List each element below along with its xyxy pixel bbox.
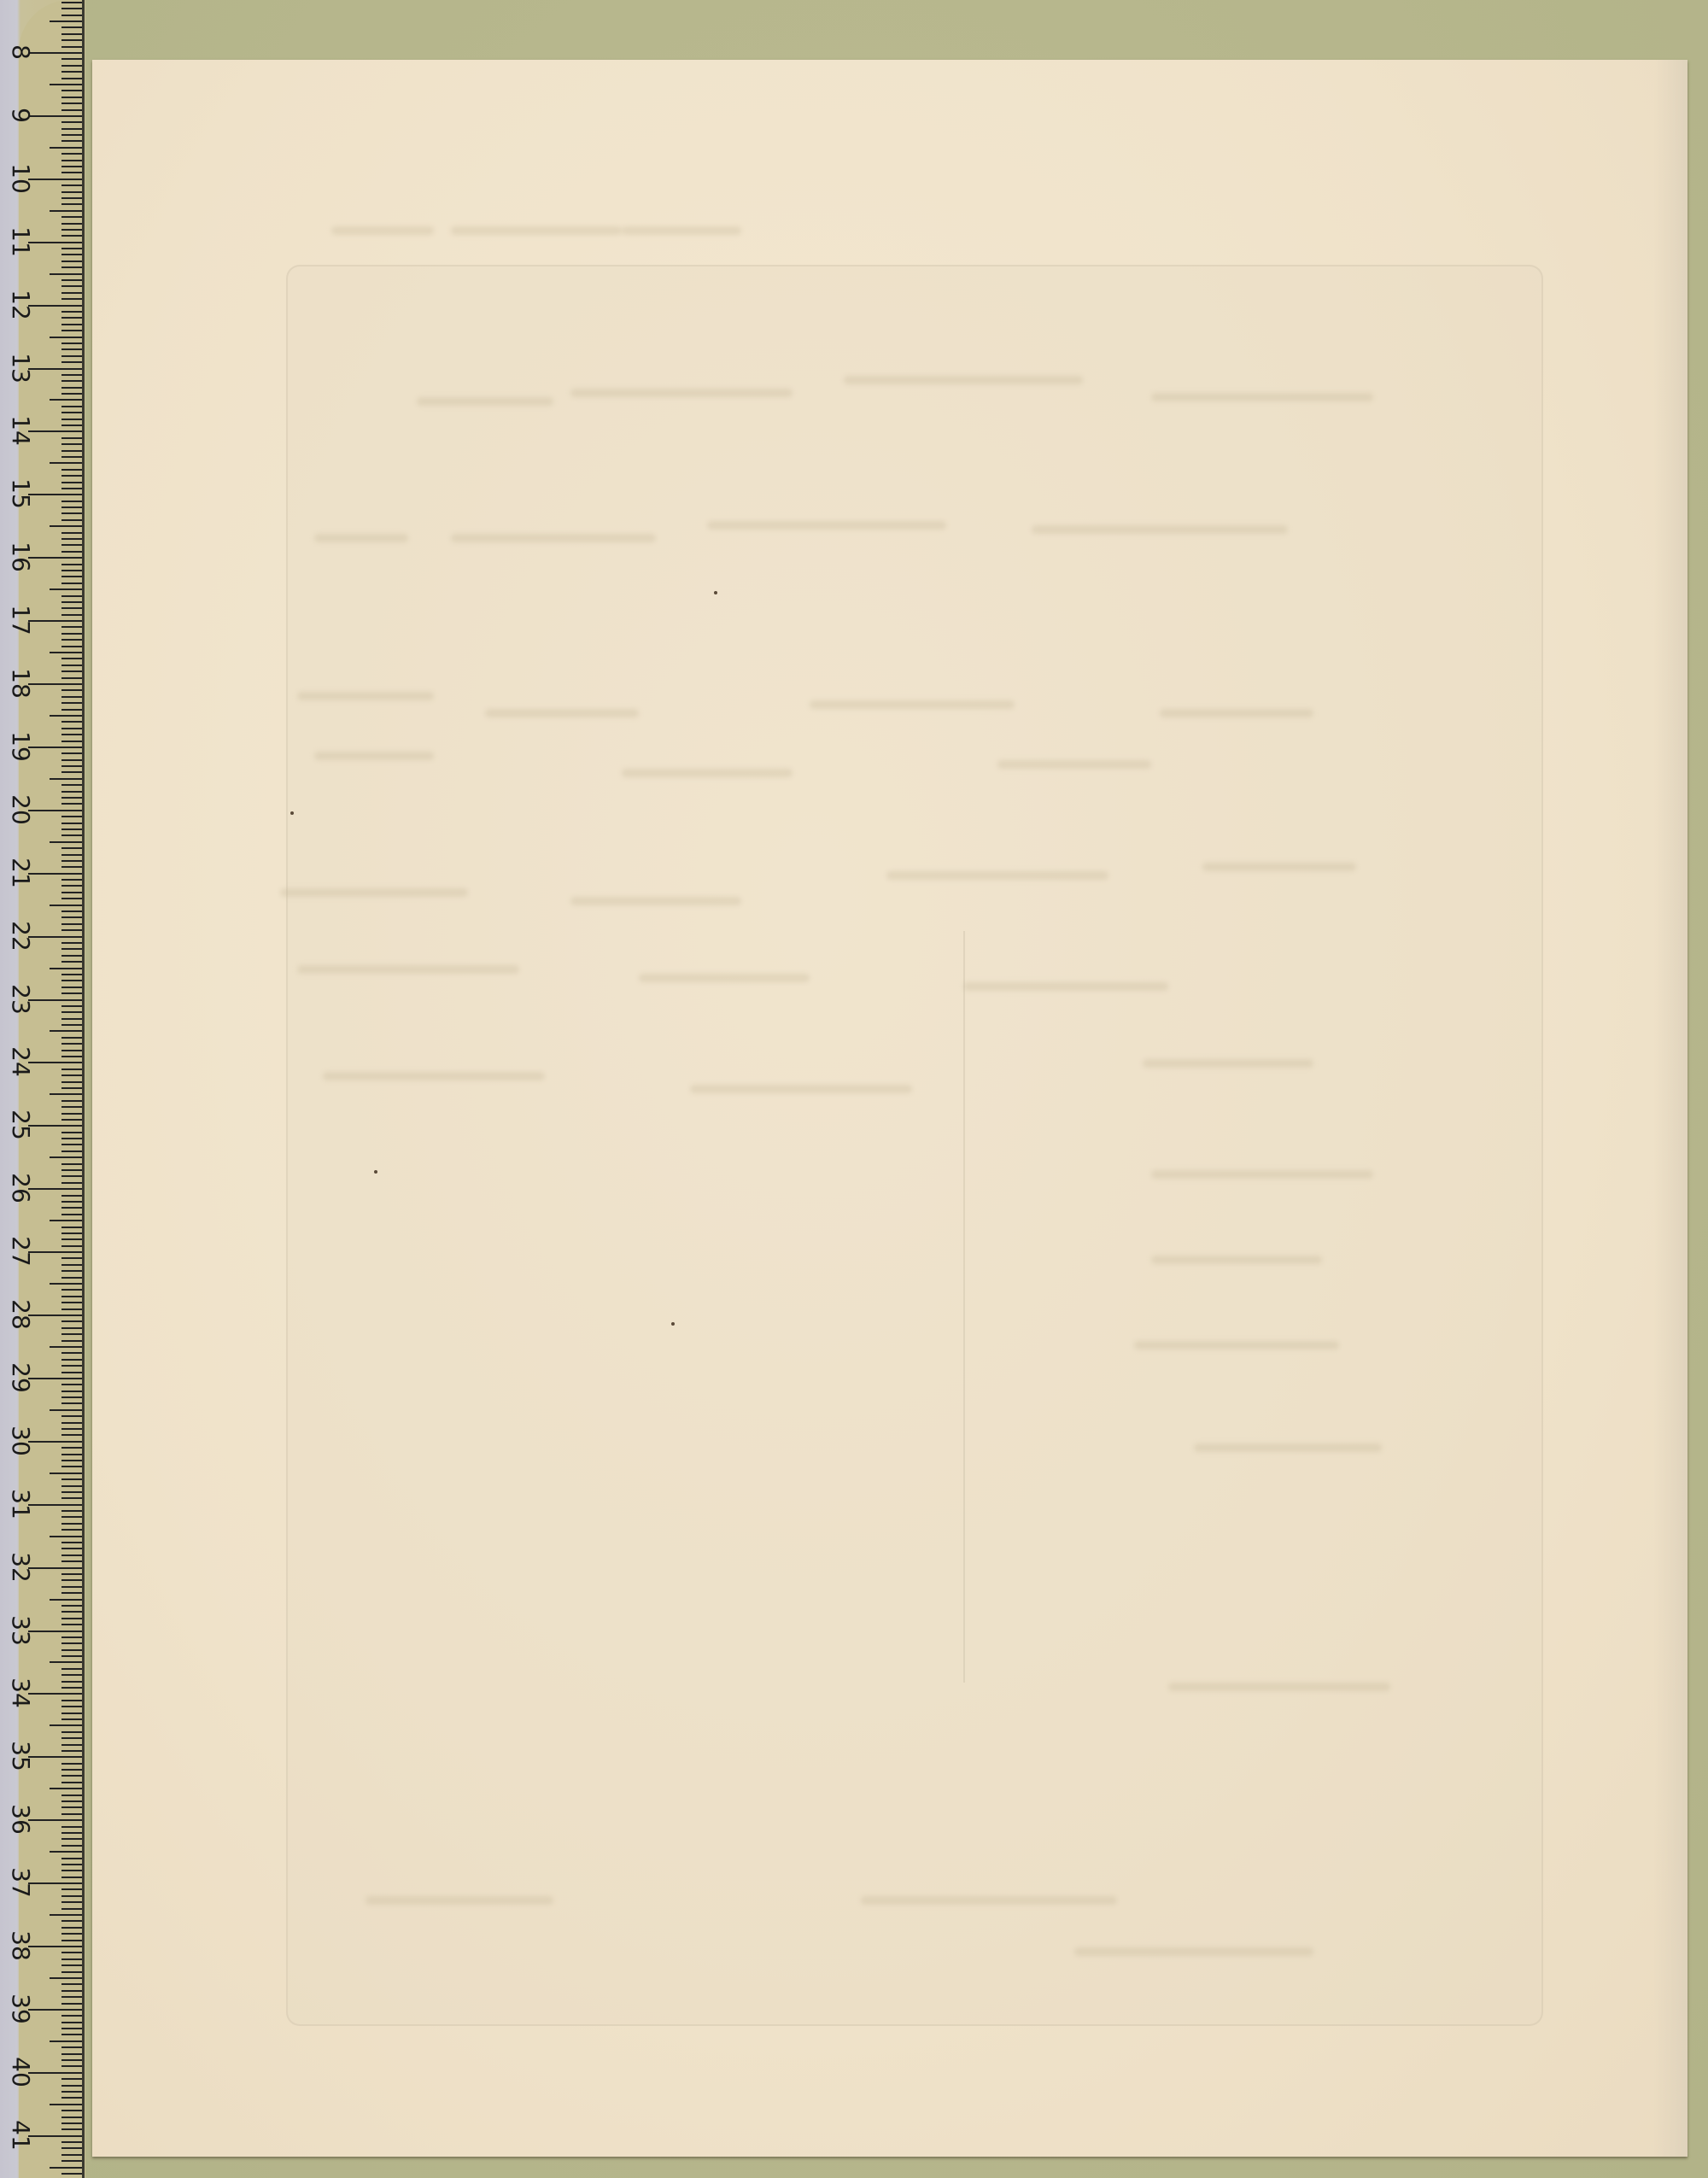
ruler-tick: [50, 1220, 82, 1221]
ruler-tick: [61, 823, 82, 824]
ruler-tick: [61, 482, 82, 483]
ruler-tick: [61, 1087, 82, 1089]
ruler-tick: [61, 709, 82, 711]
ruler-tick: [61, 1327, 82, 1329]
ruler-tick: [61, 475, 82, 477]
bleed-through-line: [997, 760, 1151, 769]
ruler-tick: [61, 564, 82, 565]
ruler-tick: [61, 380, 82, 382]
ruler-tick: [61, 2078, 82, 2080]
bleed-through-line: [622, 226, 741, 235]
ruler-tick: [61, 1996, 82, 1998]
ruler-tick: [28, 1756, 82, 1758]
ruler-tick: [61, 1605, 82, 1607]
ruler-tick: [61, 1309, 82, 1310]
ruler-edge: [82, 0, 85, 2178]
ruler-tick: [61, 1391, 82, 1392]
bleed-through-column-rule: [963, 931, 965, 1683]
ruler-tick: [61, 1838, 82, 1840]
bleed-through-line: [622, 769, 793, 777]
ruler-tick: [61, 2117, 82, 2118]
ruler-tick: [61, 1175, 82, 1177]
bleed-through-line: [451, 226, 622, 235]
ruler-tick: [61, 1478, 82, 1480]
ruler-number: 30: [9, 1424, 32, 1458]
ruler-number: 35: [9, 1739, 32, 1773]
ruler-tick: [61, 46, 82, 48]
ruler-tick: [61, 570, 82, 571]
ruler-tick: [61, 235, 82, 237]
ruler-tick: [61, 728, 82, 729]
ruler-tick: [61, 1782, 82, 1783]
ruler-number: 10: [9, 161, 32, 196]
ruler-number: 33: [9, 1613, 32, 1648]
ruler-tick: [61, 1832, 82, 1834]
bleed-through-line: [1134, 1341, 1339, 1350]
foxing-spot: [374, 1170, 377, 1174]
ruler-tick: [61, 1560, 82, 1562]
ruler-tick: [28, 1504, 82, 1506]
bleed-through-line: [1168, 1683, 1390, 1691]
bleed-through-line: [331, 226, 434, 235]
ruler-tick: [61, 974, 82, 975]
ruler-tick: [61, 1940, 82, 1941]
bleed-through-line: [1143, 1059, 1313, 1068]
ruler-tick: [28, 1567, 82, 1569]
bleed-through-line: [1202, 863, 1356, 871]
ruler-tick: [61, 58, 82, 60]
ruler-tick: [61, 633, 82, 635]
ruler-tick: [61, 1402, 82, 1404]
ruler-tick: [28, 1946, 82, 1947]
ruler-tick: [61, 1214, 82, 1215]
ruler-tick: [61, 583, 82, 584]
ruler-tick: [61, 1674, 82, 1676]
ruler-tick: [61, 847, 82, 849]
ruler-tick: [61, 980, 82, 981]
ruler-tick: [61, 2097, 82, 2099]
ruler-tick: [28, 1693, 82, 1695]
ruler-tick: [61, 1523, 82, 1525]
ruler-tick: [61, 898, 82, 899]
ruler-tick: [61, 229, 82, 231]
ruler-tick: [28, 683, 82, 685]
ruler-tick: [61, 134, 82, 136]
ruler-tick: [61, 1320, 82, 1322]
ruler-tick: [61, 1933, 82, 1935]
ruler-tick: [61, 538, 82, 540]
ruler-number: 11: [9, 225, 32, 259]
ruler-tick: [61, 1497, 82, 1499]
ruler-tick: [50, 1851, 82, 1853]
ruler-tick: [61, 166, 82, 167]
ruler-tick: [61, 140, 82, 142]
ruler-tick: [61, 1491, 82, 1493]
ruler-tick: [61, 992, 82, 994]
ruler-tick: [61, 1302, 82, 1303]
ruler-tick: [61, 2003, 82, 2005]
ruler-tick: [50, 2167, 82, 2169]
ruler-tick: [61, 424, 82, 426]
bleed-through-line: [570, 897, 741, 905]
ruler-tick: [61, 406, 82, 407]
ruler-tick: [61, 443, 82, 445]
ruler-number: 8: [9, 35, 32, 69]
ruler-tick: [61, 2154, 82, 2156]
ruler-tick: [61, 1485, 82, 1487]
ruler-tick: [61, 1744, 82, 1746]
ruler-tick: [61, 1056, 82, 1057]
foxing-spot: [671, 1322, 675, 1326]
ruler-tick: [61, 2059, 82, 2061]
ruler-tick: [50, 1156, 82, 1158]
ruler-tick: [61, 501, 82, 502]
bleed-through-line: [707, 521, 946, 530]
ruler-tick: [50, 1977, 82, 1979]
ruler-tick: [61, 2128, 82, 2130]
ruler-tick: [61, 1901, 82, 1903]
ruler-number: 18: [9, 666, 32, 700]
ruler-tick: [61, 1731, 82, 1733]
ruler-tick: [50, 652, 82, 653]
ruler-tick: [61, 1655, 82, 1657]
ruler-tick: [61, 1876, 82, 1878]
ruler-tick: [61, 311, 82, 313]
ruler-tick: [61, 765, 82, 767]
ruler-tick: [50, 337, 82, 338]
ruler-tick: [61, 292, 82, 294]
ruler-tick: [61, 1466, 82, 1467]
paper-right-edge: [1653, 60, 1688, 2157]
bleed-through-line: [366, 1896, 553, 1905]
ruler-tick: [61, 361, 82, 363]
ruler-number: 40: [9, 2055, 32, 2089]
ruler-tick: [61, 1037, 82, 1039]
bleed-through-line: [314, 752, 434, 760]
ruler-tick: [50, 2040, 82, 2042]
ruler-tick: [61, 1618, 82, 1619]
ruler-tick: [61, 393, 82, 395]
ruler-tick: [61, 343, 82, 344]
ruler-number: 38: [9, 1929, 32, 1963]
ruler-tick: [61, 1516, 82, 1518]
bleed-through-line: [297, 692, 434, 700]
ruler-tick: [61, 2065, 82, 2067]
ruler-tick: [61, 1920, 82, 1922]
ruler-tick: [61, 1428, 82, 1430]
ruler-tick: [61, 1737, 82, 1739]
ruler-tick: [61, 223, 82, 225]
ruler-tick: [61, 784, 82, 786]
ruler-tick: [61, 203, 82, 205]
ruler-tick: [61, 2022, 82, 2023]
bleed-through-line: [690, 1085, 912, 1093]
ruler-tick: [28, 557, 82, 559]
ruler-number: 41: [9, 2118, 32, 2152]
ruler-tick: [61, 2091, 82, 2093]
ruler-tick: [61, 1232, 82, 1234]
ruler-tick: [61, 1706, 82, 1707]
ruler-tick: [61, 317, 82, 319]
ruler-tick: [61, 2110, 82, 2111]
ruler-tick: [61, 734, 82, 735]
ruler-tick: [28, 115, 82, 117]
ruler-tick: [61, 298, 82, 300]
ruler-tick: [61, 1182, 82, 1184]
ruler-tick: [50, 20, 82, 22]
ruler-tick: [28, 2072, 82, 2074]
ruler-tick: [61, 2160, 82, 2162]
ruler-tick: [61, 1018, 82, 1020]
ruler-tick: [28, 873, 82, 875]
ruler-tick: [61, 1713, 82, 1714]
bleed-through-line: [886, 871, 1108, 880]
bleed-through-line: [1194, 1443, 1382, 1452]
ruler-tick: [61, 285, 82, 287]
ruler-tick: [61, 1964, 82, 1966]
ruler-tick: [61, 97, 82, 98]
ruler-tick: [61, 803, 82, 805]
ruler-tick: [61, 1870, 82, 1871]
ruler-tick: [61, 1365, 82, 1367]
ruler-tick: [61, 2085, 82, 2087]
ruler-tick: [61, 71, 82, 73]
ruler-tick: [61, 2122, 82, 2124]
ruler-tick: [61, 670, 82, 672]
ruler-tick: [61, 1119, 82, 1121]
ruler-tick: [50, 1283, 82, 1285]
ruler-tick: [61, 771, 82, 773]
ruler-tick: [28, 1819, 82, 1821]
ruler-number: 28: [9, 1297, 32, 1332]
ruler-tick: [61, 153, 82, 155]
ruler-tick: [50, 1599, 82, 1601]
bleed-through-line: [861, 1896, 1117, 1905]
ruler-tick: [61, 1573, 82, 1575]
ruler-tick: [61, 961, 82, 963]
bleed-through-line: [417, 397, 553, 406]
ruler-tick: [61, 1333, 82, 1335]
ruler-tick: [28, 1441, 82, 1443]
ruler-tick: [50, 1409, 82, 1411]
ruler-number: 9: [9, 98, 32, 132]
ruler-tick: [28, 305, 82, 307]
ruler-tick: [61, 2015, 82, 2017]
ruler-tick: [61, 1447, 82, 1449]
ruler-tick: [61, 607, 82, 609]
ruler-tick: [61, 1043, 82, 1045]
ruler-tick: [61, 197, 82, 199]
ruler-tick: [61, 1510, 82, 1512]
bleed-through-line: [451, 534, 656, 542]
ruler-tick: [61, 1983, 82, 1985]
ruler-tick: [61, 916, 82, 918]
ruler-tick: [28, 1314, 82, 1316]
ruler-tick: [50, 1472, 82, 1474]
ruler-tick: [61, 948, 82, 950]
ruler-tick: [61, 2046, 82, 2048]
ruler-tick: [28, 179, 82, 180]
ruler-tick: [61, 1718, 82, 1720]
ruler-number: 25: [9, 1108, 32, 1142]
ruler-tick: [61, 2034, 82, 2035]
ruler-tick: [61, 1113, 82, 1115]
ruler-tick: [61, 172, 82, 173]
ruler-tick: [28, 1062, 82, 1063]
ruler-number: 14: [9, 413, 32, 448]
ruler-tick: [50, 1788, 82, 1789]
ruler-tick: [61, 1649, 82, 1651]
ruler-tick: [61, 1069, 82, 1070]
ruler-tick: [61, 860, 82, 862]
ruler-tick: [28, 999, 82, 1001]
ruler-tick: [28, 494, 82, 495]
ruler-tick: [61, 1971, 82, 1973]
ruler-tick: [61, 1050, 82, 1051]
ruler-tick: [61, 1169, 82, 1171]
ruler-tick: [61, 1763, 82, 1765]
ruler-tick: [61, 1352, 82, 1354]
ruler-tick: [61, 1422, 82, 1424]
ruler-tick: [61, 279, 82, 281]
ruler-tick: [61, 1195, 82, 1197]
ruler-tick: [50, 147, 82, 149]
ruler-tick: [61, 1454, 82, 1455]
bleed-through-line: [314, 534, 408, 542]
ruler-tick: [50, 778, 82, 780]
ruler-number: 32: [9, 1550, 32, 1584]
ruler-tick: [61, 658, 82, 659]
ruler-tick: [61, 639, 82, 641]
ruler-tick: [61, 506, 82, 508]
ruler-tick: [61, 39, 82, 41]
ruler-tick: [61, 1277, 82, 1279]
ruler-number: 13: [9, 351, 32, 385]
ruler-tick: [61, 665, 82, 666]
ruler-number: 22: [9, 919, 32, 953]
bleed-through-line: [1151, 1256, 1322, 1264]
ruler-tick: [61, 1826, 82, 1828]
foxing-spot: [290, 811, 294, 815]
ruler-tick: [61, 65, 82, 67]
ruler-tick: [28, 368, 82, 370]
ruler-tick: [61, 419, 82, 420]
ruler-number: 31: [9, 1487, 32, 1521]
ruler-tick: [61, 1150, 82, 1152]
ruler-tick: [61, 696, 82, 698]
ruler-tick: [61, 1952, 82, 1953]
ruler-tick: [61, 1775, 82, 1777]
ruler-tick: [61, 266, 82, 268]
ruler-tick: [61, 102, 82, 104]
ruler-tick: [50, 2104, 82, 2105]
ruler-tick: [61, 348, 82, 350]
ruler-number: 15: [9, 477, 32, 511]
ruler-tick: [61, 1460, 82, 1461]
ruler-tick: [61, 1958, 82, 1960]
ruler-tick: [61, 595, 82, 597]
ruler-tick: [61, 1396, 82, 1398]
ruler-tick: [50, 905, 82, 906]
ruler-tick: [61, 1681, 82, 1683]
ruler-tick: [50, 715, 82, 717]
ruler-tick: [28, 1188, 82, 1190]
ruler-number: 29: [9, 1361, 32, 1395]
ruler-tick: [61, 797, 82, 799]
ruler-tick: [61, 551, 82, 553]
ruler-tick: [61, 355, 82, 357]
ruler-tick: [61, 1990, 82, 1992]
bleed-through-line: [1032, 525, 1288, 534]
ruler-tick: [61, 532, 82, 534]
ruler-tick: [28, 2135, 82, 2137]
ruler-tick: [50, 1093, 82, 1095]
ruler-tick: [61, 702, 82, 704]
ruler-tick: [61, 1636, 82, 1638]
ruler-tick: [61, 324, 82, 325]
ruler-tick: [61, 8, 82, 9]
ruler-tick: [61, 987, 82, 988]
ruler-tick: [61, 885, 82, 887]
bleed-through-line: [810, 700, 1015, 709]
ruler-tick: [61, 1687, 82, 1689]
ruler-tick: [50, 84, 82, 85]
ruler-tick: [61, 1888, 82, 1890]
ruler-tick: [61, 646, 82, 647]
ruler-tick: [61, 854, 82, 856]
ruler-tick: [61, 1270, 82, 1272]
ruler-tick: [61, 1795, 82, 1796]
ruler-tick: [61, 1238, 82, 1240]
ruler-tick: [61, 1642, 82, 1644]
ruler-tick: [50, 1724, 82, 1726]
ruler-tick: [61, 1845, 82, 1847]
ruler-tick: [50, 1346, 82, 1348]
ruler-tick: [61, 1908, 82, 1910]
ruler-tick: [61, 1005, 82, 1007]
ruler-tick: [61, 412, 82, 413]
ruler-tick: [61, 1895, 82, 1897]
ruler-tick: [28, 52, 82, 54]
ruler-number: 37: [9, 1865, 32, 1900]
ruler-tick: [61, 1081, 82, 1083]
ruler-tick: [61, 1864, 82, 1865]
bleed-through-line: [323, 1072, 545, 1080]
ruler-tick: [50, 841, 82, 843]
ruler-tick: [28, 1251, 82, 1253]
ruler-tick: [61, 923, 82, 925]
ruler-tick: [61, 261, 82, 262]
ruler-tick: [28, 1631, 82, 1632]
ruler-tick: [61, 26, 82, 28]
ruler-tick: [50, 1030, 82, 1032]
ruler-tick: [61, 488, 82, 489]
ruler-tick: [50, 210, 82, 212]
bleed-through-line: [280, 888, 468, 897]
ruler-tick: [61, 387, 82, 389]
ruler-tick: [61, 184, 82, 186]
ruler-tick: [61, 1750, 82, 1752]
ruler-tick: [61, 512, 82, 514]
ruler-tick: [61, 15, 82, 16]
ruler-tick: [61, 1611, 82, 1613]
ruler-tick: [61, 1227, 82, 1228]
ruler-tick: [61, 2028, 82, 2029]
ruler-tick: [61, 374, 82, 376]
ruler-tick: [61, 1927, 82, 1929]
ruler-tick: [61, 1011, 82, 1013]
ruler-tick: [61, 1264, 82, 1266]
